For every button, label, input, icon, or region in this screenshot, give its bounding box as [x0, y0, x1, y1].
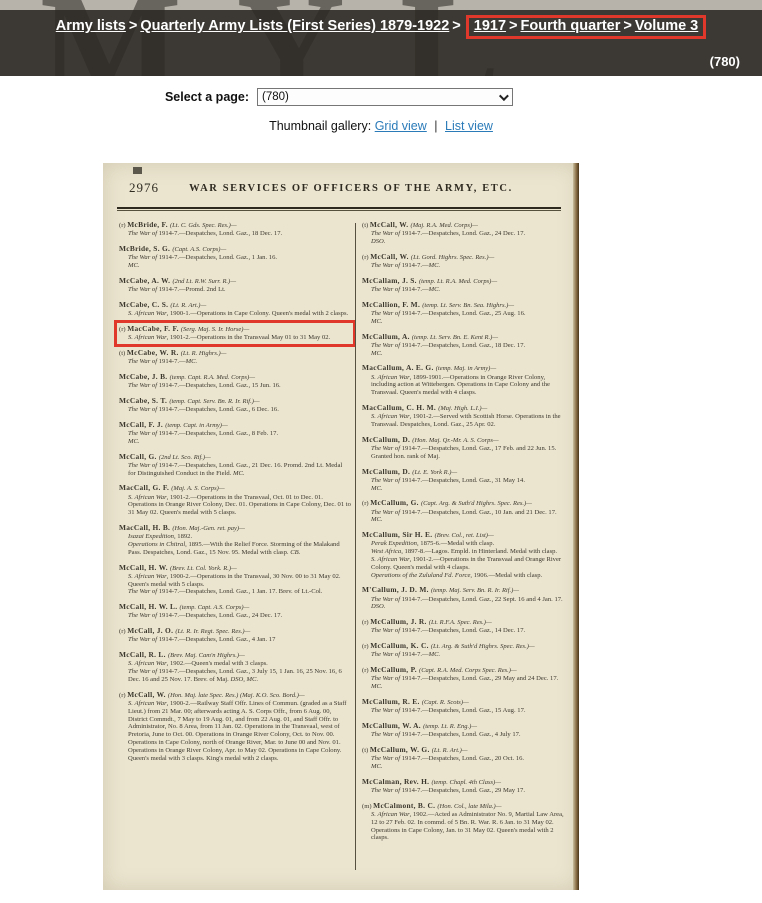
register-entry: McCallum, A. (temp. Lt. Serv. Bn. E. Ken… [362, 333, 565, 358]
entry-prefix: (r) [362, 643, 370, 650]
officer-rank: (Maj. High. L.I.)— [438, 405, 487, 412]
register-entry: McCallum, R. E. (Capt. R. Scots)—The War… [362, 698, 565, 715]
officer-rank: (Lt. E. York R.)— [412, 469, 457, 476]
service-record-line: S. African War, 1902.—Queen's medal with… [119, 660, 351, 668]
officer-rank: (Brev. Lt. Col. York. R.)— [170, 565, 237, 572]
register-entry: (r) McCallum, K. C. (Lt. Arg. & Suth'd H… [362, 642, 565, 659]
officer-name: McCallum, R. E. [362, 697, 422, 706]
register-entry: McCall, F. J. (temp. Capt. in Army)—The … [119, 421, 351, 446]
service-record-line: S. African War, 1901-2.—Operations in th… [119, 334, 351, 342]
service-record-line: The War of 1914-7.—Despatches, Lond. Gaz… [362, 342, 565, 350]
register-entry: McCabe, S. T. (temp. Capt. Serv. Bn. R. … [119, 397, 351, 414]
officer-name: McCallum, Sir H. E. [362, 530, 435, 539]
service-record-line: S. African War, 1899-1901.—Operations in… [362, 374, 565, 397]
officer-name: McCallum, P. [370, 665, 419, 674]
book-edge [573, 163, 579, 890]
register-entry: McCallum, W. A. (temp. Lt. R. Eng.)—The … [362, 722, 565, 739]
officer-rank: (2nd Lt. R.W. Surr. R.)— [172, 278, 236, 285]
right-column: (t) McCall, W. (Maj. R.A. Med. Corps)—Th… [362, 221, 565, 882]
register-entry: MacCallum, C. H. M. (Maj. High. L.I.)—S.… [362, 404, 565, 429]
scan-page-number: 2976 [129, 180, 159, 196]
grid-view-link[interactable]: Grid view [375, 119, 427, 133]
service-record-line: The War of 1914-7.—Despatches, Lond. Gaz… [119, 254, 351, 262]
service-record-line: S. African War, 1900-1.—Operations in Ca… [119, 310, 351, 318]
officer-rank: (Lt. Arg. & Suth'd Highrs. Spec. Res.)— [431, 643, 535, 650]
entry-prefix: (t) [119, 350, 127, 357]
service-record-line: Isazai Expedition, 1892. [119, 533, 351, 541]
officer-rank: (temp. Maj. Serv. Bn. R. Ir. Rif.)— [431, 587, 519, 594]
officer-rank: (temp. Capt. R.A. Med. Corps)— [170, 374, 255, 381]
service-record-line: S. African War, 1901-2.—Operations in th… [119, 494, 351, 517]
chevron-down-icon [499, 91, 509, 101]
officer-name: McCall, W. [370, 220, 411, 229]
register-entry: MacCall, H. B. (Hon. Maj.-Gen. ret. pay)… [119, 524, 351, 557]
breadcrumb-separator: > [129, 18, 137, 34]
scan-title: WAR SERVICES OF OFFICERS OF THE ARMY, ET… [163, 183, 539, 194]
officer-name: McCabe, C. S. [119, 300, 170, 309]
officer-rank: (Hon. Col., late Mila.)— [437, 803, 501, 810]
officer-rank: (temp. Lt. Serv. Bn. E. Kent R.)— [412, 334, 498, 341]
entry-prefix: (r) [362, 667, 370, 674]
register-entry: MacCallum, A. E. G. (temp. Maj. in Army)… [362, 364, 565, 397]
officer-rank: (Lt. R. Art.)— [432, 747, 468, 754]
register-entry: MacCall, G. F. (Maj. A. S. Corps)—S. Afr… [119, 484, 351, 517]
officer-name: McCall, H. W. [119, 563, 170, 572]
breadcrumb-separator: > [509, 18, 517, 34]
list-view-link[interactable]: List view [445, 119, 493, 133]
service-record-line: The War of 1914-7.—Promd. 2nd Lt. [119, 286, 351, 294]
register-entry: McCall, H. W. (Brev. Lt. Col. York. R.)—… [119, 564, 351, 597]
officer-name: McCalman, Rev. H. [362, 777, 431, 786]
officer-name: McCabe, W. R. [127, 348, 181, 357]
register-entry: McCallam, J. S. (temp. Lt. R.A. Med. Cor… [362, 277, 565, 294]
breadcrumb-separator: > [452, 18, 460, 34]
officer-name: McBride, S. G. [119, 244, 172, 253]
service-record-line: Operations in Orange River Colony, Apr. … [119, 747, 351, 763]
officer-name: MacCall, G. F. [119, 483, 171, 492]
officer-rank: (Hon. Maj.-Gen. ret. pay)— [172, 525, 245, 532]
print-artifact [133, 167, 142, 174]
service-record-line: The War of 1914-7.—Despatches, Lond. Gaz… [119, 406, 351, 414]
register-entry: (t) McCallum, W. G. (Lt. R. Art.)—The Wa… [362, 746, 565, 771]
page-selector-row: Select a page: (780) [0, 88, 720, 106]
service-record-line: The War of 1914-7.—Despatches, Lond. Gaz… [119, 636, 351, 644]
register-entry: McCallum, Sir H. E. (Brev. Col., ret. Li… [362, 531, 565, 579]
register-entry: (r) McBride, F. (Lt. C. Gds. Spec. Res.)… [119, 221, 351, 238]
officer-name: McCallum, G. [370, 498, 421, 507]
breadcrumb: Army lists>Quarterly Army Lists (First S… [0, 10, 762, 39]
register-entry: McCall, G. (2nd Lt. Sco. Rif.)—The War o… [119, 453, 351, 478]
officer-rank: (temp. Lt. Serv. Bn. Sea. Highrs.)— [422, 302, 514, 309]
select-page-label: Select a page: [165, 90, 249, 104]
page-select-dropdown[interactable]: (780) [257, 88, 513, 106]
officer-rank: (temp. Lt. R. Eng.)— [423, 723, 477, 730]
officer-name: McCallum, K. C. [370, 641, 431, 650]
service-record-line: MC. [362, 350, 565, 358]
service-record-line: The War of 1914-7.—Despatches, Lond. Gaz… [119, 668, 351, 684]
service-record-line: The War of 1914-7.—MC. [362, 651, 565, 659]
officer-rank: (temp. Capt. Serv. Bn. R. Ir. Rif.)— [169, 398, 259, 405]
service-record-line: West Africa, 1897-8.—Lagos. Empld. in Hi… [362, 548, 565, 556]
page-select-value: (780) [262, 91, 289, 103]
service-record-line: The War of 1914-7.—Despatches, Lond. Gaz… [362, 731, 565, 739]
service-record-line: MC. [119, 438, 351, 446]
register-entry: McCall, H. W. L. (temp. Capt. A.S. Corps… [119, 603, 351, 620]
service-record-line: MC. [362, 485, 565, 493]
officer-name: MacCallum, C. H. M. [362, 403, 438, 412]
entry-prefix: (t) [362, 222, 370, 229]
officer-name: McCallum, A. [362, 332, 412, 341]
breadcrumb-highlight-box: 1917>Fourth quarter>Volume 3 [466, 15, 706, 39]
officer-rank: (Lt. C. Gds. Spec. Res.)— [170, 222, 237, 229]
officer-name: McCabe, A. W. [119, 276, 172, 285]
register-entry: (r) McCall, W. (Lt. Gord. Highrs. Spec. … [362, 253, 565, 270]
service-record-line: The War of 1914-7.—Despatches, Lond. Gaz… [362, 230, 565, 238]
officer-rank: (Lt. R. Highrs.)— [181, 350, 227, 357]
service-record-line: Operations in Chitral, 1895.—With the Re… [119, 541, 351, 557]
officer-name: McCall, G. [119, 452, 159, 461]
officer-name: McCall, F. J. [119, 420, 165, 429]
officer-rank: (temp. Chapl. 4th Class)— [431, 779, 501, 786]
officer-name: McCallum, W. A. [362, 721, 423, 730]
service-record-line: The War of 1914-7.—Despatches, Lond. Gaz… [119, 588, 351, 596]
breadcrumb-link[interactable]: Quarterly Army Lists (First Series) 1879… [140, 18, 449, 34]
service-record-line: The War of 1914-7.—Despatches, Lond. Gaz… [362, 755, 565, 763]
service-record-line: DSO. [362, 238, 565, 246]
officer-name: M'Callum, J. D. M. [362, 585, 431, 594]
officer-name: McCall, W. [370, 252, 411, 261]
officer-name: MacCallum, A. E. G. [362, 363, 436, 372]
service-record-line: The War of 1914-7.—Despatches, Lond. Gaz… [362, 445, 565, 461]
service-record-line: The War of 1914-7.—MC. [119, 358, 351, 366]
entry-columns: (r) McBride, F. (Lt. C. Gds. Spec. Res.)… [119, 221, 565, 882]
service-record-line: MC. [362, 763, 565, 771]
register-entry: McCallion, F. M. (temp. Lt. Serv. Bn. Se… [362, 301, 565, 326]
entry-prefix: (r) [119, 628, 127, 635]
officer-rank: (Brev. Col., ret. List)— [435, 532, 494, 539]
officer-name: MacCall, H. B. [119, 523, 172, 532]
register-entry: McCall, R. L. (Brev. Maj. Cam'n Highrs.)… [119, 651, 351, 684]
officer-name: McCallum, W. G. [370, 745, 432, 754]
gallery-links-divider: | [434, 119, 437, 133]
officer-name: MacCabe, F. F. [127, 324, 181, 333]
thumbnail-gallery-label: Thumbnail gallery: [269, 119, 371, 133]
officer-name: McCabe, S. T. [119, 396, 169, 405]
officer-rank: (Lt. R.F.A. Spec. Res.)— [429, 619, 492, 626]
entry-prefix: (r) [362, 254, 370, 261]
service-record-line: The War of 1914-7.—Despatches, Lond. Gaz… [119, 612, 351, 620]
officer-rank: (temp. Lt. R.A. Med. Corps)— [419, 278, 497, 285]
service-record-line: The War of 1914-7.—Despatches, Lond. Gaz… [119, 462, 351, 478]
officer-rank: (Brev. Maj. Cam'n Highrs.)— [168, 652, 245, 659]
service-record-line: S. African War, 1900-2.—Operations in th… [119, 573, 351, 589]
register-entry: (t) McCabe, W. R. (Lt. R. Highrs.)—The W… [119, 349, 351, 366]
breadcrumb-bar: Army lists>Quarterly Army Lists (First S… [0, 10, 762, 76]
header-banner: MYL Army lists>Quarterly Army Lists (Fir… [0, 0, 762, 76]
officer-name: McCallum, D. [362, 435, 412, 444]
officer-rank: (Capt. A.S. Corps)— [172, 246, 226, 253]
register-entry: (t) McCall, W. (Maj. R.A. Med. Corps)—Th… [362, 221, 565, 246]
officer-name: McCall, R. L. [119, 650, 168, 659]
officer-rank: (Capt. R.A. Med. Corps Spec. Res.)— [419, 667, 517, 674]
register-entry: (r) McCallum, P. (Capt. R.A. Med. Corps … [362, 666, 565, 691]
officer-rank: (temp. Capt. A.S. Corps)— [180, 604, 250, 611]
entry-prefix: (r) [362, 500, 370, 507]
register-entry: (r) McCallum, J. R. (Lt. R.F.A. Spec. Re… [362, 618, 565, 635]
officer-name: McBride, F. [127, 220, 170, 229]
service-record-line: S. African War, 1901-2.—Served with Scot… [362, 413, 565, 429]
service-record-line: The War of 1914-7.—MC. [362, 262, 565, 270]
service-record-line: MC. [119, 262, 351, 270]
service-record-line: The War of 1914-7.—Despatches, Lond. Gaz… [362, 627, 565, 635]
officer-rank: (temp. Maj. in Army)— [436, 365, 496, 372]
officer-rank: (Serg. Maj. S. Ir. Horse)— [181, 326, 249, 333]
register-entry: McCabe, C. S. (Lt. R. Art.)—S. African W… [119, 301, 351, 318]
officer-rank: (Hon. Maj. late Spec. Res.) (Maj. K.O. S… [168, 692, 305, 699]
breadcrumb-link[interactable]: 1917 [474, 18, 506, 34]
service-record-line: The War of 1914-7.—Despatches, Lond. Gaz… [362, 596, 565, 612]
officer-name: McCabe, J. B. [119, 372, 170, 381]
service-record-line: MC. [362, 318, 565, 326]
register-entry: McCalman, Rev. H. (temp. Chapl. 4th Clas… [362, 778, 565, 795]
officer-rank: (Lt. Gord. Highrs. Spec. Res.)— [411, 254, 494, 261]
service-record-line: S. African War, 1901-2.—Operations in th… [362, 556, 565, 572]
register-entry: McCallum, D. (Hon. Maj. Qr.-Mr. A. S. Co… [362, 436, 565, 461]
breadcrumb-separator: > [623, 18, 631, 34]
register-entry: McBride, S. G. (Capt. A.S. Corps)—The Wa… [119, 245, 351, 270]
entry-prefix: (t) [362, 747, 370, 754]
service-record-line: The War of 1914-7.—Despatches, Lond. Gaz… [362, 310, 565, 318]
page-number-badge: (780) [710, 54, 740, 69]
service-record-line: S. African War, 1900-2.—Railway Staff Of… [119, 700, 351, 747]
service-record-line: The War of 1914-7.—Despatches, Lond. Gaz… [362, 675, 565, 691]
officer-rank: (Lt. R. Ir. Regt. Spec. Res.)— [175, 628, 250, 635]
entry-prefix: (r) [119, 222, 127, 229]
register-entry: McCabe, A. W. (2nd Lt. R.W. Surr. R.)—Th… [119, 277, 351, 294]
officer-rank: (temp. Capt. in Army)— [165, 422, 228, 429]
officer-rank: (Maj. R.A. Med. Corps)— [411, 222, 478, 229]
entry-prefix: (r) [119, 692, 127, 699]
breadcrumb-link[interactable]: Fourth quarter [521, 18, 621, 34]
officer-name: McCallam, J. S. [362, 276, 419, 285]
service-record-line: Operations of the Zululand Fd. Force, 19… [362, 572, 565, 580]
scanned-page-image[interactable]: 2976 WAR SERVICES OF OFFICERS OF THE ARM… [103, 163, 579, 890]
officer-rank: (Hon. Maj. Qr.-Mr. A. S. Corps— [412, 437, 498, 444]
column-divider [355, 223, 356, 870]
service-record-line: The War of 1914-7.—MC. [362, 286, 565, 294]
register-entry: (r) McCall, J. O. (Lt. R. Ir. Regt. Spec… [119, 627, 351, 644]
service-record-line: The War of 1914-7.—Despatches, Lond. Gaz… [119, 382, 351, 390]
breadcrumb-link[interactable]: Army lists [56, 18, 126, 34]
officer-name: McCallum, D. [362, 467, 412, 476]
service-record-line: The War of 1914-7.—Despatches, Lond. Gaz… [119, 430, 351, 438]
service-record-line: S. African War, 1902.—Acted as Administr… [362, 811, 565, 842]
thumbnail-gallery-row: Thumbnail gallery: Grid view | List view [0, 119, 762, 133]
officer-name: McCalmont, B. C. [373, 801, 437, 810]
service-record-line: The War of 1914-7.—Despatches, Lond. Gaz… [362, 707, 565, 715]
officer-rank: (Maj. A. S. Corps)— [171, 485, 224, 492]
register-entry: (r) McCallum, G. (Capt. Arg. & Suth'd Hi… [362, 499, 565, 524]
register-entry: McCallum, D. (Lt. E. York R.)—The War of… [362, 468, 565, 493]
controls-area: Select a page: (780) Thumbnail gallery: … [0, 88, 762, 133]
register-entry: McCabe, J. B. (temp. Capt. R.A. Med. Cor… [119, 373, 351, 390]
officer-rank: (Capt. Arg. & Suth'd Highrs. Spec. Res.)… [421, 500, 532, 507]
officer-name: McCall, W. [127, 690, 168, 699]
officer-rank: (Lt. R. Art.)— [170, 302, 206, 309]
register-entry: (m) McCalmont, B. C. (Hon. Col., late Mi… [362, 802, 565, 842]
service-record-line: The War of 1914-7.—Despatches, Lond. Gaz… [362, 787, 565, 795]
officer-name: McCall, H. W. L. [119, 602, 180, 611]
header-rule [117, 207, 561, 211]
entry-prefix: (r) [362, 619, 370, 626]
entry-prefix: (r) [119, 326, 127, 333]
breadcrumb-link[interactable]: Volume 3 [635, 18, 698, 34]
service-record-line: The War of 1914-7.—Despatches, Lond. Gaz… [362, 477, 565, 485]
service-record-line: The War of 1914-7.—Despatches, Lond. Gaz… [362, 509, 565, 525]
officer-name: McCallum, J. R. [370, 617, 429, 626]
register-entry: (r) McCall, W. (Hon. Maj. late Spec. Res… [119, 691, 351, 763]
service-record-line: Perak Expedition, 1875-6.—Medal with cla… [362, 540, 565, 548]
officer-name: McCallion, F. M. [362, 300, 422, 309]
officer-rank: (2nd Lt. Sco. Rif.)— [159, 454, 211, 461]
register-entry: M'Callum, J. D. M. (temp. Maj. Serv. Bn.… [362, 586, 565, 611]
left-column: (r) McBride, F. (Lt. C. Gds. Spec. Res.)… [119, 221, 351, 882]
entry-prefix: (m) [362, 803, 373, 810]
service-record-line: The War of 1914-7.—Despatches, Lond. Gaz… [119, 230, 351, 238]
officer-name: McCall, J. O. [127, 626, 175, 635]
register-entry-highlighted: (r) MacCabe, F. F. (Serg. Maj. S. Ir. Ho… [119, 325, 351, 342]
officer-rank: (Capt. R. Scots)— [422, 699, 469, 706]
